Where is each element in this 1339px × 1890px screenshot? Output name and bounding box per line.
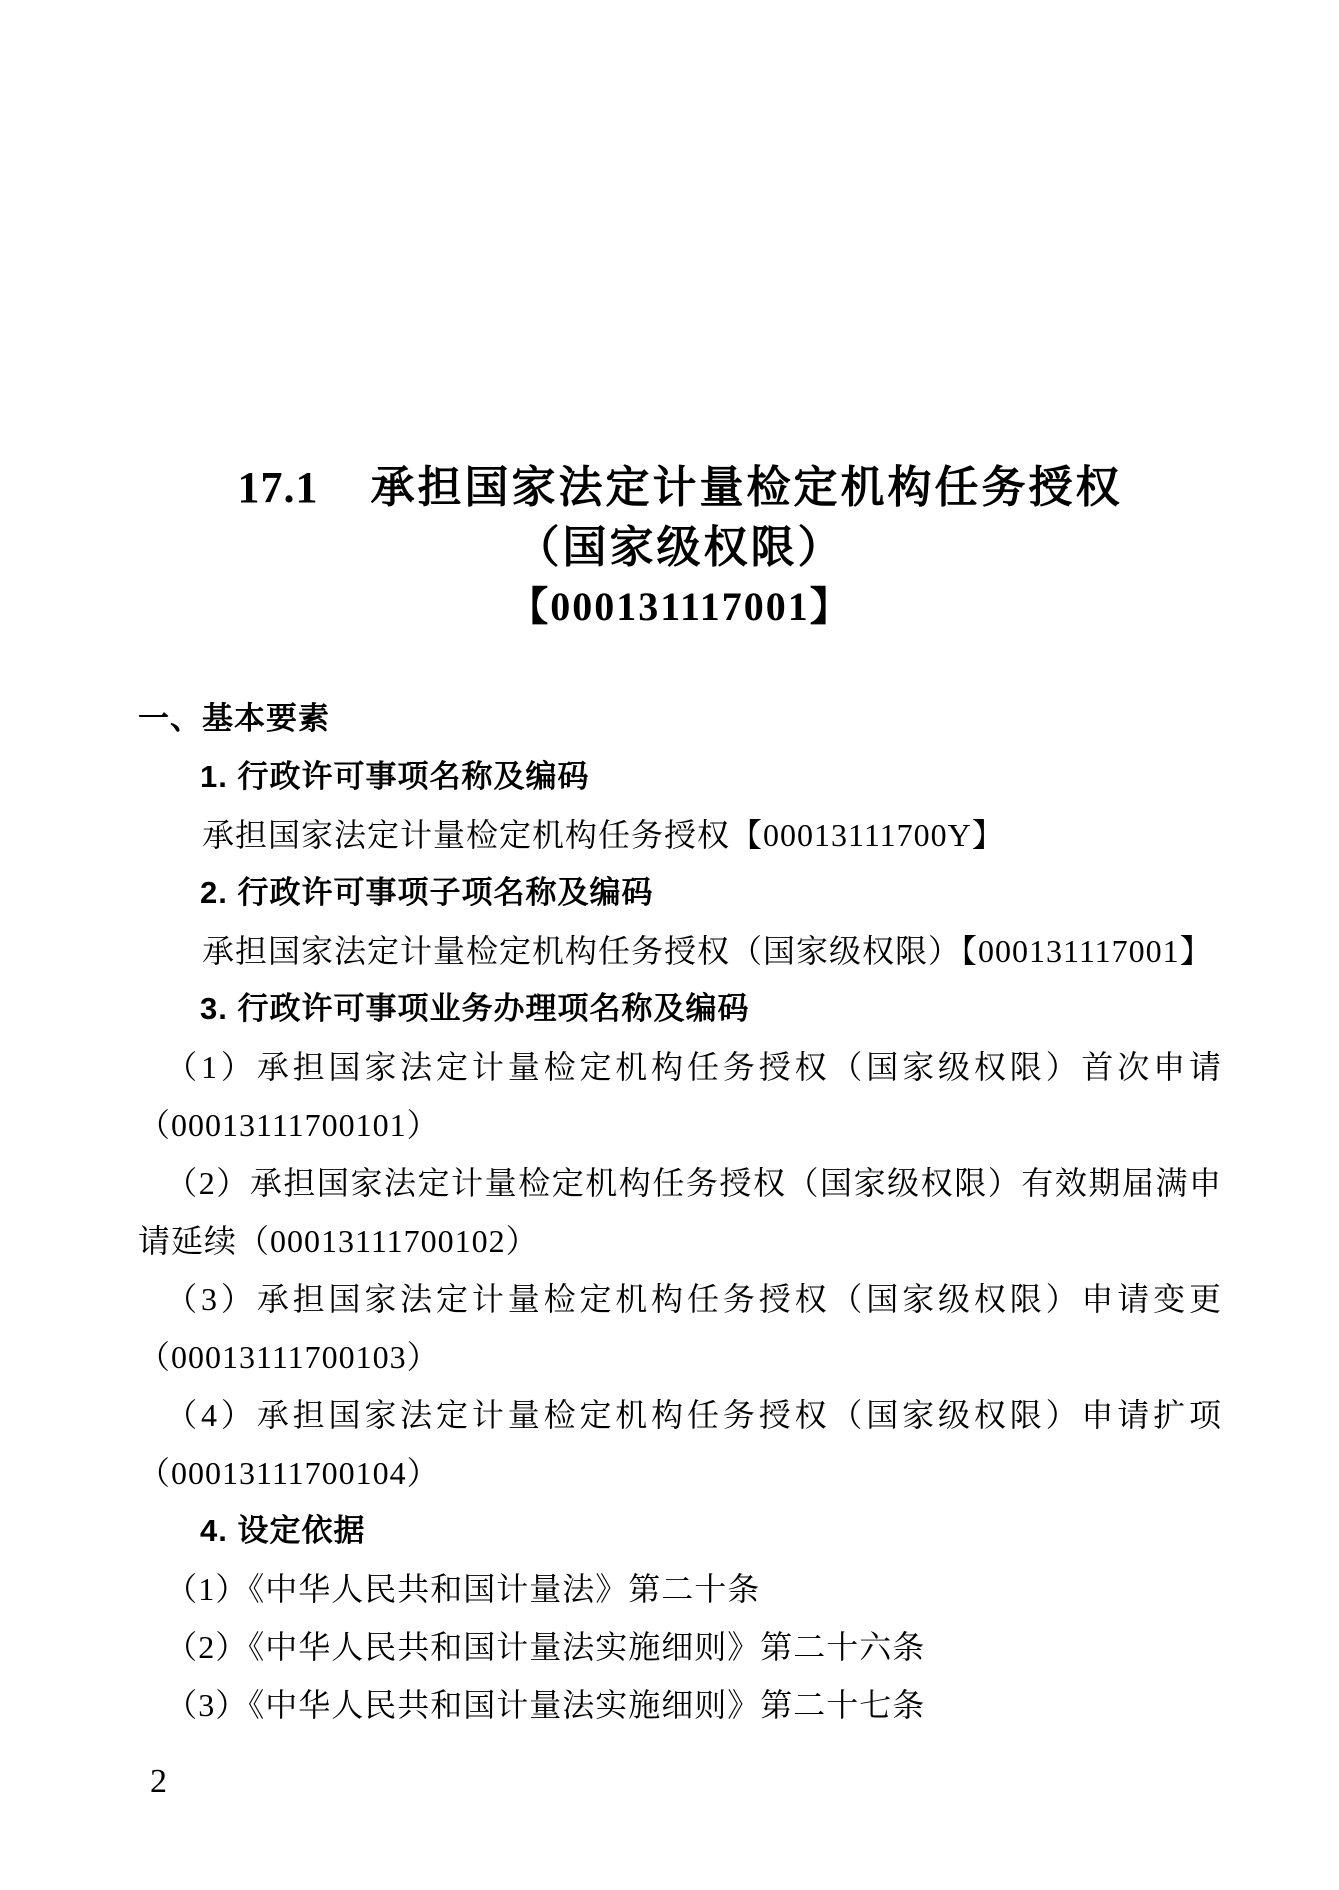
paragraph-item-name-code: 承担国家法定计量检定机构任务授权【00013111700Y】 — [138, 806, 1222, 864]
chapter-title-line-1: 17.1承担国家法定计量检定机构任务授权 — [138, 458, 1222, 518]
chapter-section-number: 17.1 — [238, 463, 319, 512]
paragraph-legal-basis-1: （1）《中华人民共和国计量法》第二十条 — [138, 1560, 1222, 1618]
document-body: 一、基本要素 1. 行政许可事项名称及编码 承担国家法定计量检定机构任务授权【0… — [138, 690, 1222, 1734]
paragraph-business-item-3: （3）承担国家法定计量检定机构任务授权（国家级权限）申请变更（000131117… — [138, 1270, 1222, 1386]
paragraph-legal-basis-2: （2）《中华人民共和国计量法实施细则》第二十六条 — [138, 1618, 1222, 1676]
paragraph-business-item-4: （4）承担国家法定计量检定机构任务授权（国家级权限）申请扩项（000131117… — [138, 1386, 1222, 1502]
document-page: 17.1承担国家法定计量检定机构任务授权 （国家级权限） 【0001311170… — [0, 0, 1339, 1890]
paragraph-subitem-name-code: 承担国家法定计量检定机构任务授权（国家级权限）【000131117001】 — [138, 922, 1222, 980]
chapter-title-block: 17.1承担国家法定计量检定机构任务授权 （国家级权限） 【0001311170… — [138, 458, 1222, 636]
page-number: 2 — [150, 1762, 167, 1802]
paragraph-legal-basis-3: （3）《中华人民共和国计量法实施细则》第二十七条 — [138, 1676, 1222, 1734]
subheading-business-items: 3. 行政许可事项业务办理项名称及编码 — [138, 980, 1222, 1038]
chapter-title-line-2: （国家级权限） — [138, 518, 1222, 578]
chapter-title-text: 承担国家法定计量检定机构任务授权 — [371, 463, 1123, 512]
subheading-subitem-name-code: 2. 行政许可事项子项名称及编码 — [138, 864, 1222, 922]
paragraph-business-item-1: （1）承担国家法定计量检定机构任务授权（国家级权限）首次申请（000131117… — [138, 1038, 1222, 1154]
paragraph-business-item-2: （2）承担国家法定计量检定机构任务授权（国家级权限）有效期届满申请延续（0001… — [138, 1154, 1222, 1270]
subheading-item-name-code: 1. 行政许可事项名称及编码 — [138, 748, 1222, 806]
chapter-code: 【000131117001】 — [138, 578, 1222, 636]
section-heading-basic-elements: 一、基本要素 — [138, 690, 1222, 748]
subheading-legal-basis: 4. 设定依据 — [138, 1502, 1222, 1560]
